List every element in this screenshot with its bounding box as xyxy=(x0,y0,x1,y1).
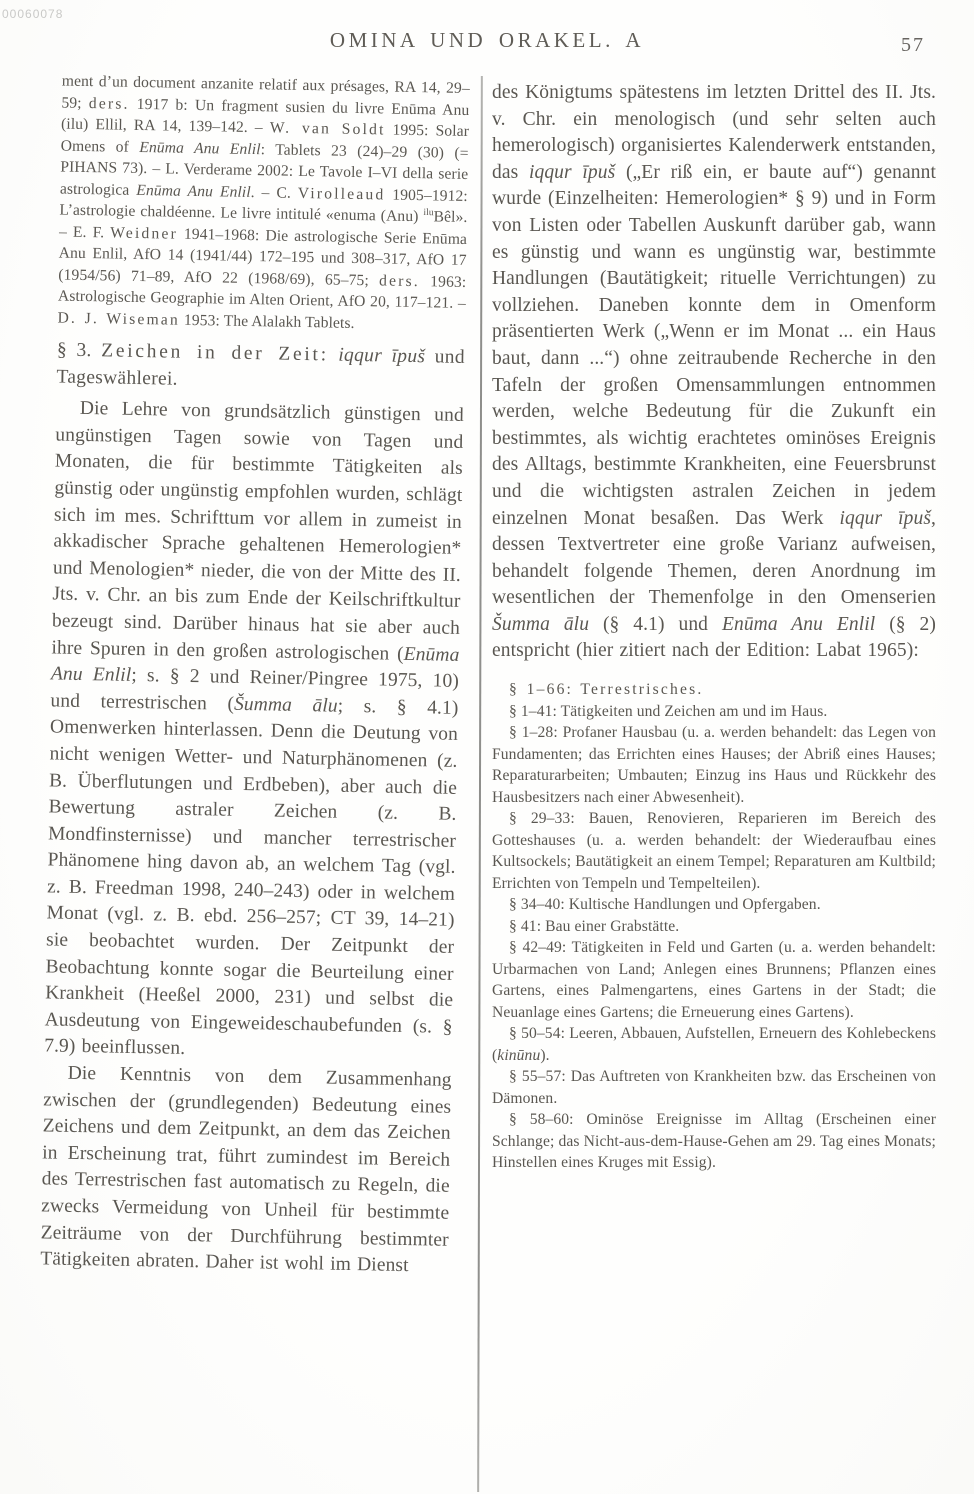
section-3-heading: § 3. Zeichen in der Zeit: iqqur īpuš und… xyxy=(56,337,465,398)
body-paragraph: Die Lehre von grundsätzlich günstigen un… xyxy=(44,396,464,1068)
bibliography-paragraph: ment d’un document anzanite relatif aux … xyxy=(57,71,470,336)
list-item: § 42–49: Tätigkeiten in Feld und Garten … xyxy=(492,937,936,1023)
body-paragraph: des Königtums spätestens im letzten Drit… xyxy=(492,80,936,665)
scanned-book-page: 00060078 OMINA UND ORAKEL. A 57 ment d’u… xyxy=(0,0,974,1494)
running-header: OMINA UND ORAKEL. A xyxy=(0,28,974,53)
article-title: OMINA UND ORAKEL. A xyxy=(330,28,644,52)
list-item: § 34–40: Kultische Handlungen und Opferg… xyxy=(492,894,936,916)
column-divider-rule xyxy=(477,76,483,1492)
list-item: § 1–66: Terrestrisches. xyxy=(492,679,936,701)
section-list: § 1–66: Terrestrisches. § 1–41: Tätigkei… xyxy=(492,679,936,1174)
list-item: § 55–57: Das Auftreten von Krankheiten b… xyxy=(492,1066,936,1109)
list-item: § 41: Bau einer Grabstätte. xyxy=(492,916,936,938)
page-number: 57 xyxy=(901,34,925,57)
list-item: § 29–33: Bauen, Renovieren, Reparieren i… xyxy=(492,808,936,894)
body-paragraph: Die Kenntnis von dem Zusammenhang zwisch… xyxy=(40,1060,452,1280)
list-item: § 1–41: Tätigkeiten und Zeichen am und i… xyxy=(492,701,936,723)
list-item: § 1–28: Profaner Hausbau (u. a. werden b… xyxy=(492,722,936,808)
scan-serial-number: 00060078 xyxy=(2,7,63,21)
left-column: ment d’un document anzanite relatif aux … xyxy=(40,71,470,1281)
right-column: des Königtums spätestens im letzten Drit… xyxy=(492,80,936,1174)
list-item: § 58–60: Ominöse Ereignisse im Alltag (E… xyxy=(492,1109,936,1174)
list-item: § 50–54: Leeren, Abbauen, Aufstellen, Er… xyxy=(492,1023,936,1066)
